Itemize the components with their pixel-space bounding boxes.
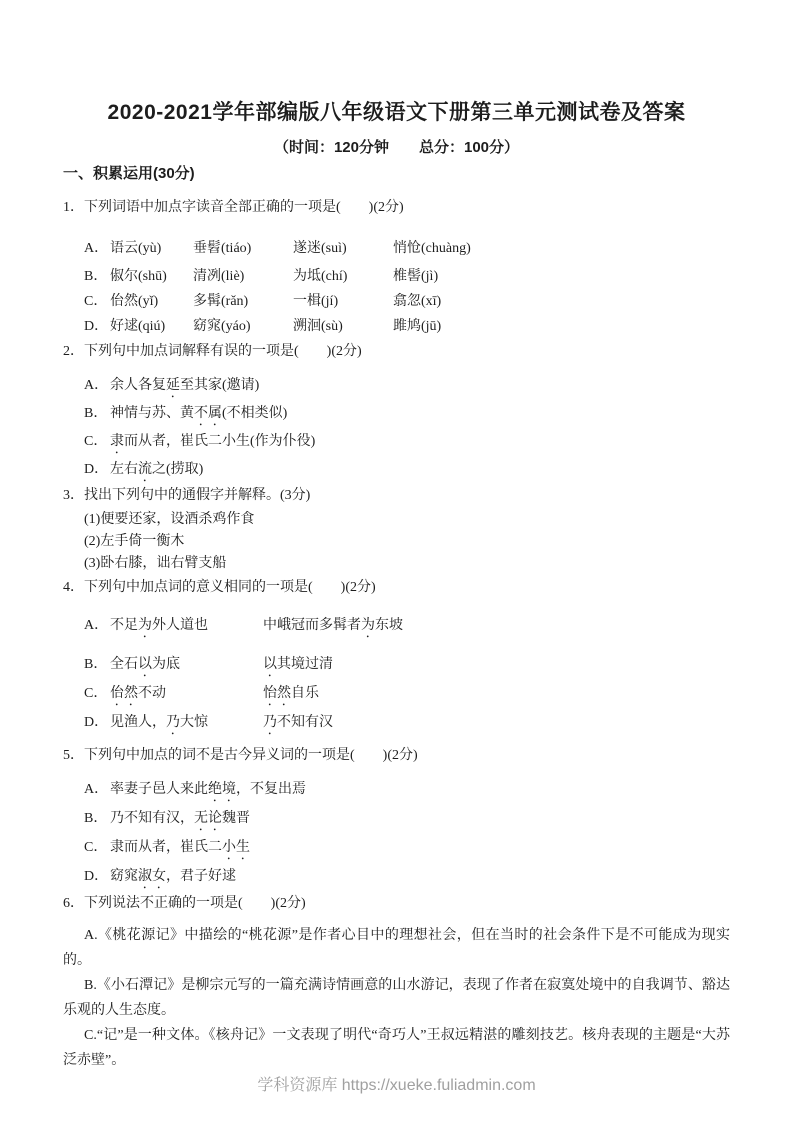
option-text-right: 以其境过清: [263, 651, 730, 680]
option-label: D．: [84, 863, 110, 892]
question-5: 5．下列句中加点的词不是古今异义词的一项是( )(2分) A． 率妻子邑人来此绝…: [63, 747, 730, 892]
q5-option-d: D． 窈窕淑女，君子好逑: [84, 863, 730, 892]
option-label: C．: [84, 680, 110, 709]
watermark-footer: 学科资源库 https://xueke.fuliadmin.com: [0, 1077, 793, 1095]
q1-option-b: B． 俶尔(shū) 清冽(liè) 为坻(chí) 椎髻(jì): [84, 264, 730, 289]
word-pinyin: 椎髻(jì): [393, 264, 730, 289]
option-label: C．: [84, 429, 110, 457]
option-label: C．: [84, 289, 110, 314]
word-pinyin: 好逑(qiú): [110, 314, 193, 339]
word-pinyin: 俶尔(shū): [110, 264, 193, 289]
q2-option-a: A． 余人各复延至其家(邀请): [84, 373, 730, 401]
q6-option-a: A.《桃花源记》中描绘的“桃花源”是作者心目中的理想社会，但在当时的社会条件下是…: [63, 923, 730, 973]
question-2-stem: 2．下列句中加点词解释有误的一项是( )(2分): [63, 343, 730, 360]
q4-option-d: D． 见渔人，乃大惊 乃不知有汉: [84, 709, 730, 738]
q4-option-c: C． 佁然不动 怡然自乐: [84, 680, 730, 709]
question-1: 1．下列词语中加点字读音全部正确的一项是( )(2分) A． 语云(yù) 垂髫…: [63, 199, 730, 339]
option-text: 隶而从者，崔氏二小生: [110, 834, 730, 863]
option-text: 余人各复延至其家(邀请): [110, 373, 730, 401]
q4-option-b: B． 全石以为底 以其境过清: [84, 651, 730, 680]
q6-option-b: B.《小石潭记》是柳宗元写的一篇充满诗情画意的山水游记，表现了作者在寂寞处境中的…: [63, 973, 730, 1023]
q4-option-a: A． 不足为外人道也 中峨冠而多髯者为东坡: [84, 612, 730, 641]
q1-option-a: A． 语云(yù) 垂髫(tiáo) 遂迷(suì) 悄怆(chuàng): [84, 236, 730, 261]
word-pinyin: 遂迷(suì): [293, 236, 393, 261]
option-text: 窈窕淑女，君子好逑: [110, 863, 730, 892]
option-label: A．: [84, 236, 110, 261]
word-pinyin: 窈窕(yáo): [193, 314, 293, 339]
word-pinyin: 垂髫(tiáo): [193, 236, 293, 261]
q2-option-c: C． 隶而从者，崔氏二小生(作为仆役): [84, 429, 730, 457]
question-5-stem: 5．下列句中加点的词不是古今异义词的一项是( )(2分): [63, 747, 730, 764]
option-text: 率妻子邑人来此绝境，不复出焉: [110, 776, 730, 805]
q6-option-c: C.“记”是一种文体。《核舟记》一文表现了明代“奇巧人”王叔远精湛的雕刻技艺。核…: [63, 1023, 730, 1073]
option-text: 左右流之(捞取): [110, 457, 730, 485]
option-text: 隶而从者，崔氏二小生(作为仆役): [110, 429, 730, 457]
option-label: B．: [84, 805, 110, 834]
question-4-stem: 4．下列句中加点词的意义相同的一项是( )(2分): [63, 579, 730, 596]
option-text-right: 怡然自乐: [263, 680, 730, 709]
q1-option-c: C． 佁然(yǐ) 多髯(rǎn) 一楫(jí) 翕忽(xī): [84, 289, 730, 314]
q3-sentence-3: (3)卧右膝，诎右臂支船: [84, 553, 730, 575]
option-label: B．: [84, 401, 110, 429]
q5-option-c: C． 隶而从者，崔氏二小生: [84, 834, 730, 863]
word-pinyin: 为坻(chí): [293, 264, 393, 289]
q1-option-d: D． 好逑(qiú) 窈窕(yáo) 溯洄(sù) 雎鸠(jū): [84, 314, 730, 339]
question-1-stem: 1．下列词语中加点字读音全部正确的一项是( )(2分): [63, 199, 730, 216]
question-6: 6．下列说法不正确的一项是( )(2分) A.《桃花源记》中描绘的“桃花源”是作…: [63, 895, 730, 1073]
option-label: B．: [84, 651, 110, 680]
question-5-options: A． 率妻子邑人来此绝境，不复出焉 B． 乃不知有汉，无论魏晋 C． 隶而从者，…: [63, 776, 730, 892]
word-pinyin: 一楫(jí): [293, 289, 393, 314]
word-pinyin: 语云(yù): [110, 236, 193, 261]
word-pinyin: 多髯(rǎn): [193, 289, 293, 314]
option-text-left: 全石以为底: [110, 651, 263, 680]
q3-sentence-2: (2)左手倚一衡木: [84, 531, 730, 553]
option-text: 神情与苏、黄不属(不相类似): [110, 401, 730, 429]
section-one-heading: 一、积累运用(30分): [63, 165, 730, 182]
word-pinyin: 溯洄(sù): [293, 314, 393, 339]
question-4: 4．下列句中加点词的意义相同的一项是( )(2分) A． 不足为外人道也 中峨冠…: [63, 579, 730, 738]
option-label: D．: [84, 314, 110, 339]
q2-option-b: B． 神情与苏、黄不属(不相类似): [84, 401, 730, 429]
word-pinyin: 清冽(liè): [193, 264, 293, 289]
question-1-options: A． 语云(yù) 垂髫(tiáo) 遂迷(suì) 悄怆(chuàng) B．…: [63, 236, 730, 339]
question-3-stem: 3．找出下列句中的通假字并解释。(3分): [63, 487, 730, 504]
q5-option-b: B． 乃不知有汉，无论魏晋: [84, 805, 730, 834]
word-pinyin: 翕忽(xī): [393, 289, 730, 314]
word-pinyin: 悄怆(chuàng): [393, 236, 730, 261]
option-text-right: 乃不知有汉: [263, 709, 730, 738]
question-4-options: A． 不足为外人道也 中峨冠而多髯者为东坡 B． 全石以为底 以其境过清 C． …: [63, 612, 730, 738]
option-label: D．: [84, 457, 110, 485]
q2-option-d: D． 左右流之(捞取): [84, 457, 730, 485]
q5-option-a: A． 率妻子邑人来此绝境，不复出焉: [84, 776, 730, 805]
page-title: 2020-2021学年部编版八年级语文下册第三单元测试卷及答案: [63, 100, 730, 126]
option-label: D．: [84, 709, 110, 738]
option-text-left: 见渔人，乃大惊: [110, 709, 263, 738]
question-6-stem: 6．下列说法不正确的一项是( )(2分): [63, 895, 730, 912]
word-pinyin: 佁然(yǐ): [110, 289, 193, 314]
option-label: A．: [84, 776, 110, 805]
option-label: B．: [84, 264, 110, 289]
option-label: A．: [84, 373, 110, 401]
option-text-left: 佁然不动: [110, 680, 263, 709]
question-2-options: A． 余人各复延至其家(邀请) B． 神情与苏、黄不属(不相类似) C． 隶而从…: [63, 373, 730, 485]
question-3: 3．找出下列句中的通假字并解释。(3分) (1)便要还家，设酒杀鸡作食 (2)左…: [63, 487, 730, 575]
q3-sentence-1: (1)便要还家，设酒杀鸡作食: [84, 509, 730, 531]
option-text: 乃不知有汉，无论魏晋: [110, 805, 730, 834]
question-3-items: (1)便要还家，设酒杀鸡作食 (2)左手倚一衡木 (3)卧右膝，诎右臂支船: [63, 509, 730, 575]
option-text-left: 不足为外人道也: [110, 612, 263, 641]
question-6-options: A.《桃花源记》中描绘的“桃花源”是作者心目中的理想社会，但在当时的社会条件下是…: [63, 923, 730, 1073]
option-label: C．: [84, 834, 110, 863]
exam-paper-page: 2020-2021学年部编版八年级语文下册第三单元测试卷及答案 （时间：120分…: [0, 0, 793, 1122]
word-pinyin: 雎鸠(jū): [393, 314, 730, 339]
option-label: A．: [84, 612, 110, 641]
option-text-right: 中峨冠而多髯者为东坡: [263, 612, 730, 641]
exam-time-score-info: （时间：120分钟 总分：100分）: [63, 139, 730, 156]
question-2: 2．下列句中加点词解释有误的一项是( )(2分) A． 余人各复延至其家(邀请)…: [63, 343, 730, 485]
